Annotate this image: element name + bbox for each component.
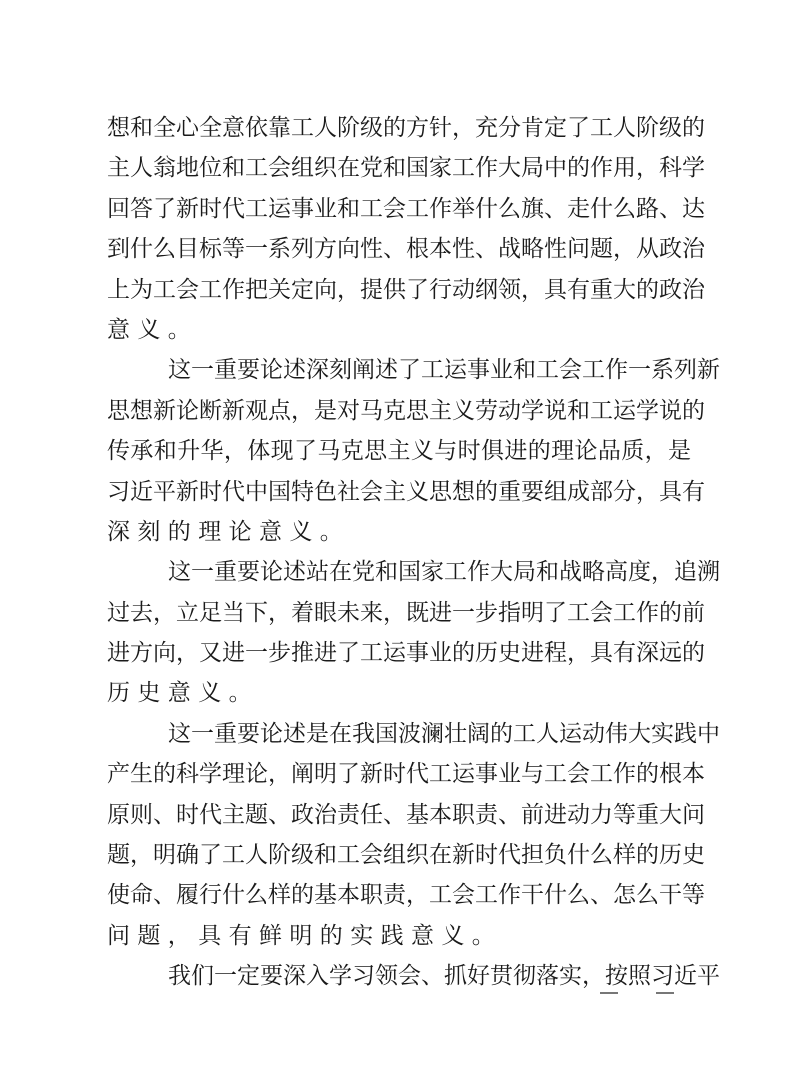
body-text: 想和全心全意依靠工人阶级的方针，充分肯定了工人阶级的 主人翁地位和工会组织在党和…	[107, 108, 691, 997]
text-line: 思想新论断新观点，是对马克思主义劳动学说和工运学说的	[107, 391, 691, 431]
text-line: 主人翁地位和工会组织在党和国家工作大局中的作用，科学	[107, 148, 691, 188]
text-line: 进方向，又进一步推进了工运事业的历史进程，具有深远的	[107, 633, 691, 673]
text-line: 传承和升华，体现了马克思主义与时俱进的理论品质，是	[107, 431, 691, 471]
page-number-dash-right	[656, 992, 674, 994]
text-line: 原则、时代主题、政治责任、基本职责、前进动力等重大问	[107, 795, 691, 835]
text-line: 问题，具有鲜明的实践意义。	[107, 916, 691, 956]
text-line: 过去，立足当下，着眼未来，既进一步指明了工会工作的前	[107, 593, 691, 633]
page-number-dash-left	[600, 992, 618, 994]
paragraph-first-line: 这一重要论述深刻阐述了工运事业和工会工作一系列新	[107, 350, 691, 390]
document-page: 想和全心全意依靠工人阶级的方针，充分肯定了工人阶级的 主人翁地位和工会组织在党和…	[0, 0, 798, 1090]
text-line: 意义。	[107, 310, 691, 350]
text-line: 深刻的理论意义。	[107, 512, 691, 552]
text-line: 使命、履行什么样的基本职责，工会工作干什么、怎么干等	[107, 875, 691, 915]
text-line: 题，明确了工人阶级和工会组织在新时代担负什么样的历史	[107, 835, 691, 875]
text-line: 历史意义。	[107, 673, 691, 713]
text-line: 上为工会工作把关定向，提供了行动纲领，具有重大的政治	[107, 270, 691, 310]
paragraph-first-line: 这一重要论述站在党和国家工作大局和战略高度，追溯	[107, 552, 691, 592]
paragraph-first-line: 这一重要论述是在我国波澜壮阔的工人运动伟大实践中	[107, 714, 691, 754]
text-line: 到什么目标等一系列方向性、根本性、战略性问题，从政治	[107, 229, 691, 269]
paragraph-first-line: 我们一定要深入学习领会、抓好贯彻落实，按照习近平	[107, 956, 691, 996]
page-footer	[598, 992, 680, 996]
text-line: 习近平新时代中国特色社会主义思想的重要组成部分，具有	[107, 472, 691, 512]
text-line: 回答了新时代工运事业和工会工作举什么旗、走什么路、达	[107, 189, 691, 229]
text-line: 产生的科学理论，阐明了新时代工运事业与工会工作的根本	[107, 754, 691, 794]
text-line: 想和全心全意依靠工人阶级的方针，充分肯定了工人阶级的	[107, 108, 691, 148]
